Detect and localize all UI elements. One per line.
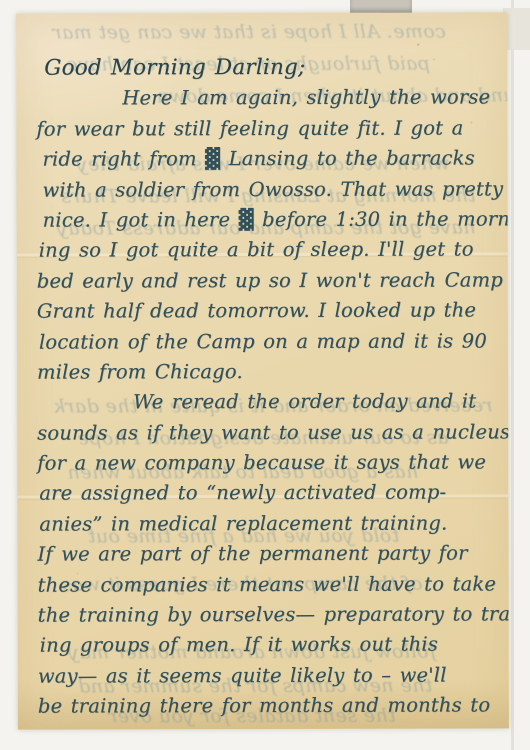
letter-line: miles from Chicago. [37, 356, 504, 388]
letter-line: Here I am again, slightly the worse [36, 83, 503, 115]
letter-line: ing so I got quite a bit of sleep. I'll … [37, 235, 504, 267]
letter-line: Grant half dead tomorrow. I looked up th… [37, 295, 504, 327]
letter-line: the training by ourselves— preparatory t… [38, 599, 505, 631]
paper-sheet: come. All I hope is that we can get marp… [16, 12, 509, 729]
paper-tab [350, 0, 412, 13]
letter-line: for a new company because it says that w… [37, 447, 504, 479]
letter-line: are assigned to “newly activated comp- [37, 478, 504, 510]
letter-line: these companies it means we'll have to t… [38, 569, 505, 601]
letter-line: be training there for months and months … [38, 691, 505, 723]
letter-line: way— as it seems quite likely to – we'll [38, 660, 505, 692]
letter-line: ing groups of men. If it works out this [38, 630, 505, 662]
letter-line: sounds as if they want to use us as a nu… [37, 417, 504, 449]
scanner-background: { "colors": { "background": "#f4f3ef", "… [0, 0, 530, 750]
letter-line: Good Morning Darling; [36, 52, 503, 84]
letter-line: for wear but still feeling quite fit. I … [36, 113, 503, 145]
scanner-edge-shadow [511, 0, 514, 750]
letter-line: anies” in medical replacement training. [37, 508, 504, 540]
letter-lines: Good Morning Darling;Here I am again, sl… [36, 52, 505, 722]
letter-line: location of the Camp on a map and it is … [37, 326, 504, 358]
letter-line: We reread the order today and it [37, 387, 504, 419]
letter-line: ride right from ▓ Lansing to the barrack… [36, 144, 503, 176]
bleed-fragment: come. All I hope is that we can get mar [52, 21, 446, 44]
letter-line: bed early and rest up so I won't reach C… [37, 265, 504, 297]
letter-line: If we are part of the permanent party fo… [37, 539, 504, 571]
letter-line: with a soldier from Owosso. That was pre… [36, 174, 503, 206]
letter-line: nice. I got in here ▓ before 1:30 in the… [37, 204, 504, 236]
